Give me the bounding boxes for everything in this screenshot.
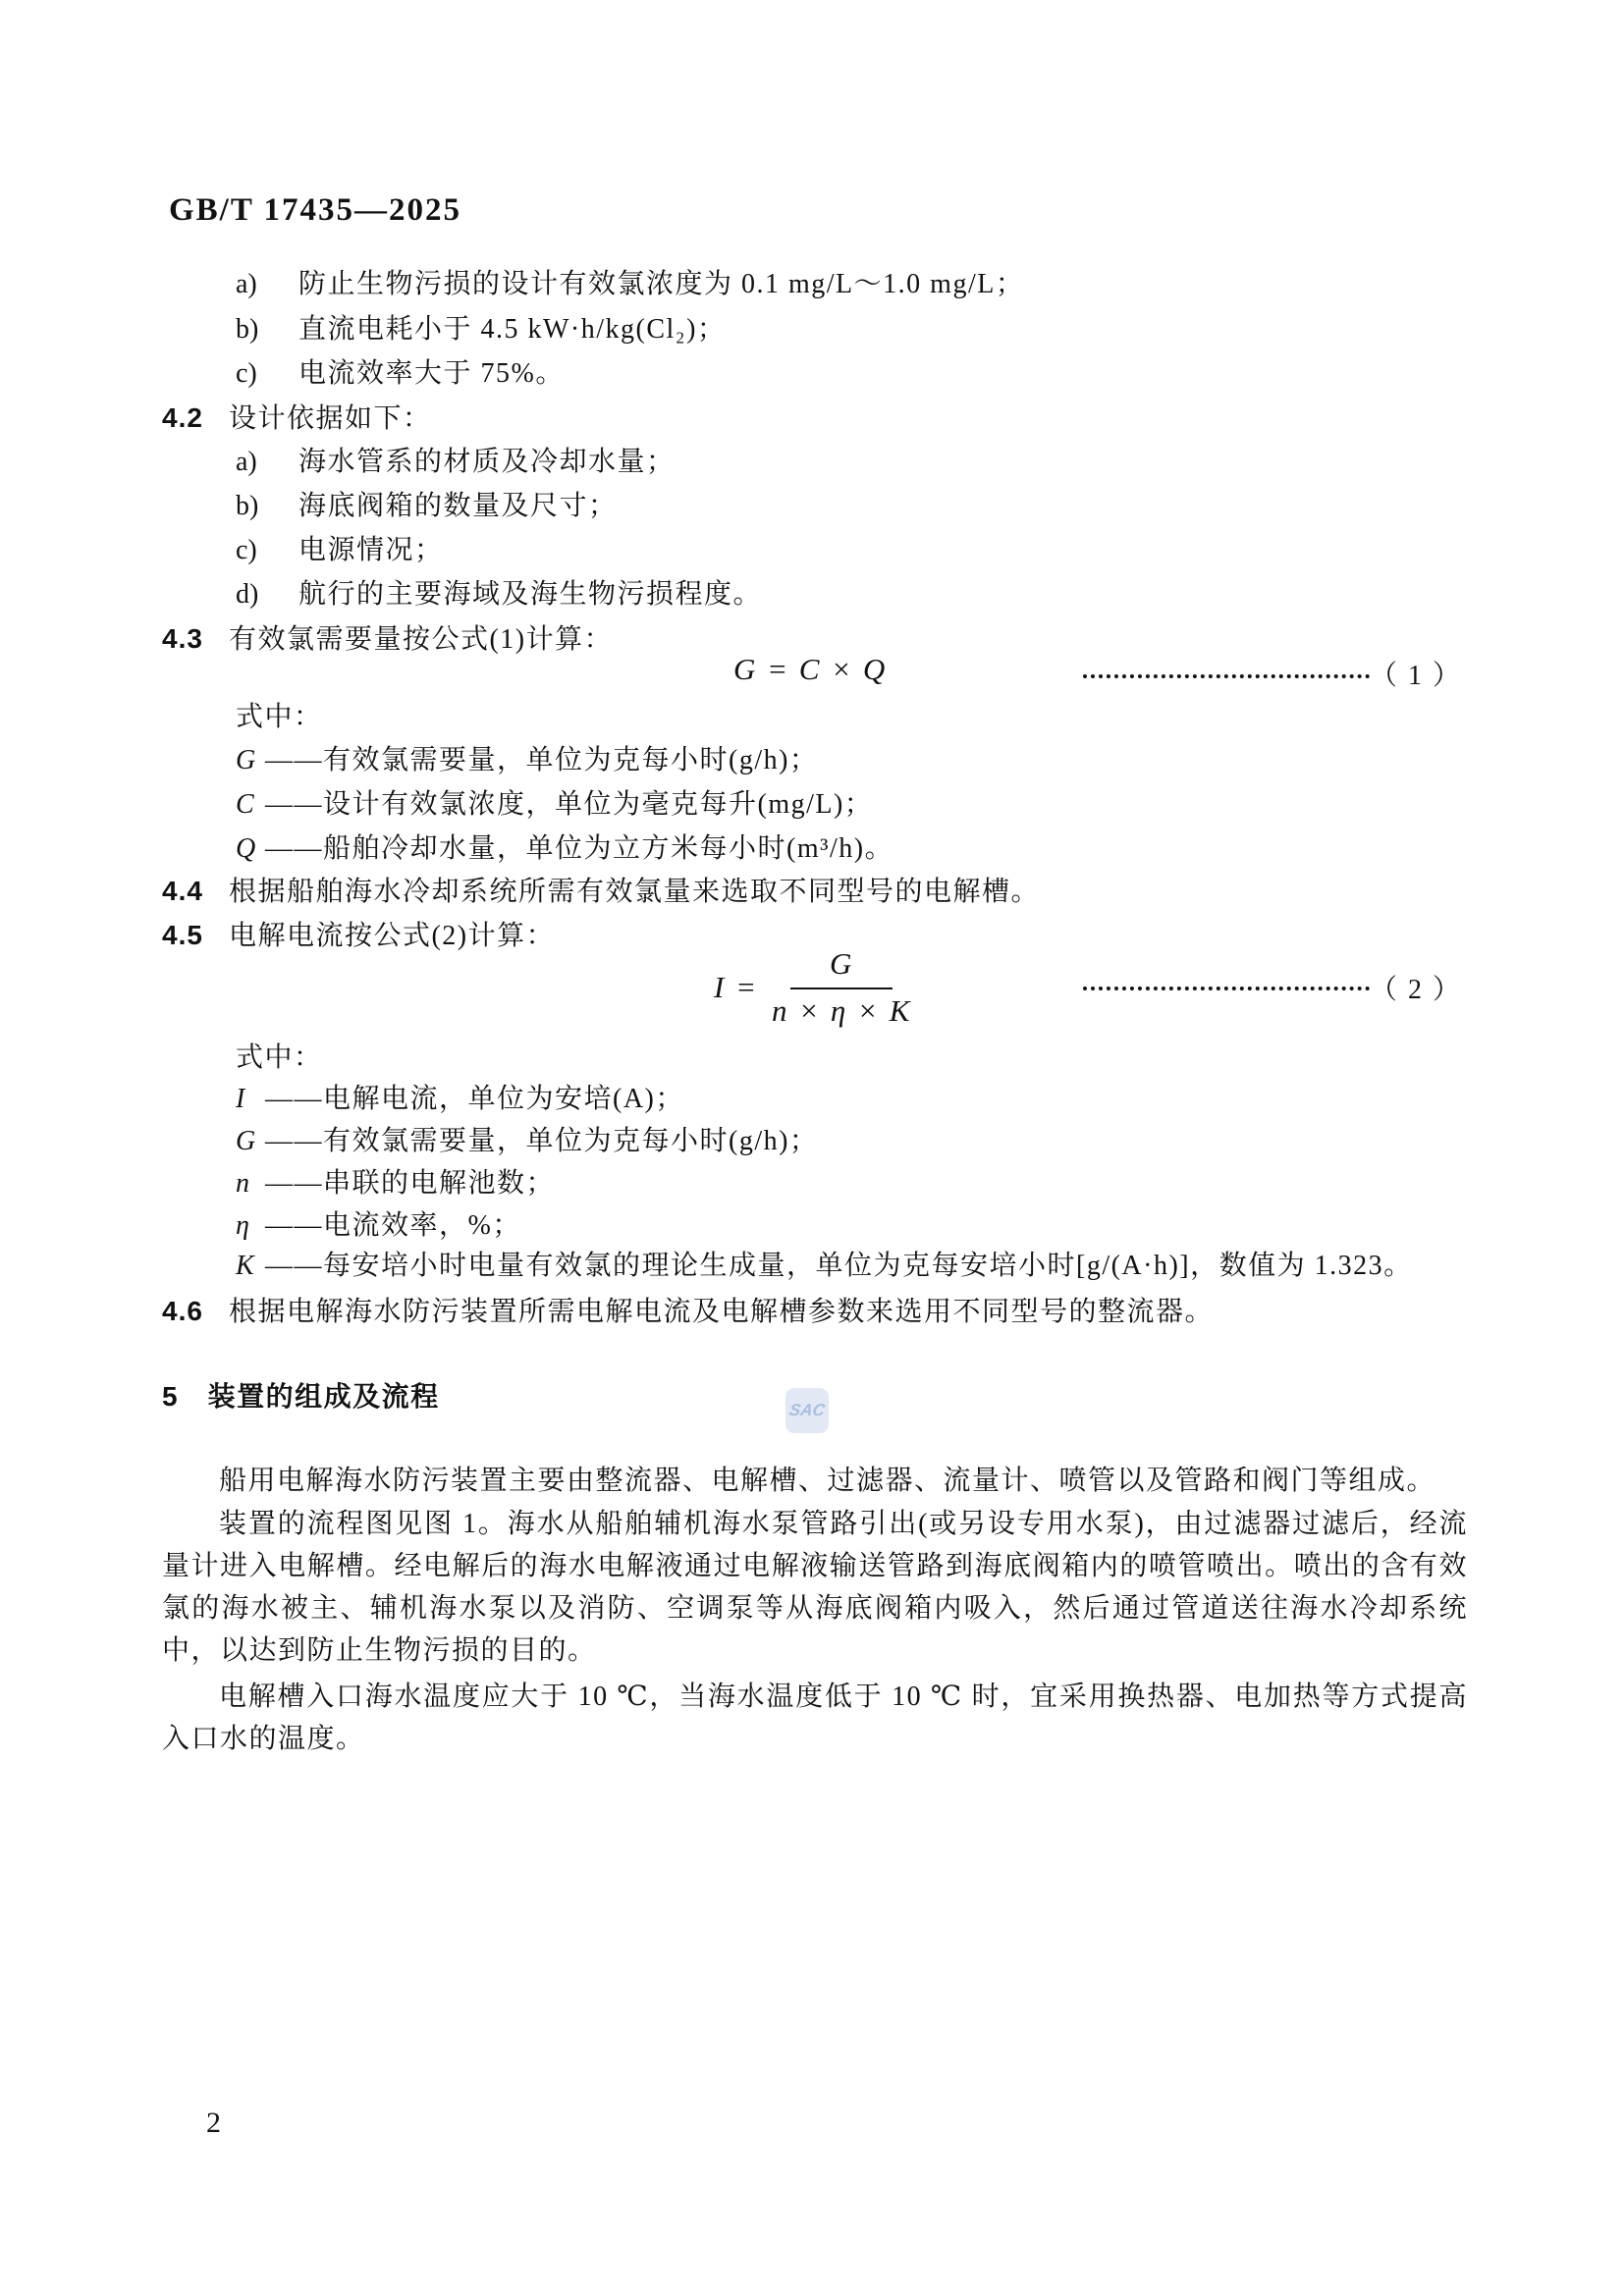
- list-item-label: b): [236, 489, 298, 524]
- clause-4-2: 4.2设计依据如下：: [162, 400, 431, 437]
- formula-1: G = C × Q （ 1 ）: [0, 652, 1624, 697]
- fraction-denominator: n × η × K: [772, 989, 911, 1029]
- term-line: G——有效氯需要量，单位为克每小时(g/h)；: [236, 1124, 818, 1159]
- term-symbol: Q: [236, 831, 265, 867]
- list-item-label: c): [236, 356, 298, 392]
- clause-text: 根据船舶海水冷却系统所需有效氯量来选取不同型号的电解槽。: [229, 877, 1040, 907]
- term-symbol: G: [236, 743, 265, 778]
- term-text: ——有效氯需要量，单位为克每小时(g/h)；: [265, 1126, 818, 1156]
- term-symbol: η: [236, 1208, 265, 1244]
- list-item-label: b): [236, 312, 298, 347]
- list-item-text: 防止生物污损的设计有效氯浓度为 0.1 mg/L～1.0 mg/L；: [298, 269, 1024, 299]
- list-item: d)航行的主要海域及海生物污损程度。: [236, 577, 762, 613]
- clause-number: 4.4: [162, 874, 203, 909]
- formula-2-expression: I = G n × η × K: [714, 942, 911, 1033]
- term-text: ——电解电流，单位为安培(A)；: [265, 1084, 684, 1114]
- fraction: G n × η × K: [772, 946, 911, 1029]
- list-item-text: 航行的主要海域及海生物污损程度。: [298, 579, 762, 610]
- term-symbol: n: [236, 1166, 265, 1201]
- term-symbol: C: [236, 787, 265, 823]
- list-item-text: 海水管系的材质及冷却水量；: [298, 447, 676, 477]
- term-symbol: K: [236, 1249, 265, 1284]
- term-line: G——有效氯需要量，单位为克每小时(g/h)；: [236, 743, 818, 778]
- formula-2: I = G n × η × K （ 2 ）: [0, 942, 1624, 1035]
- clause-4-6: 4.6根据电解海水防污装置所需电解电流及电解槽参数来选用不同型号的整流器。: [162, 1294, 1214, 1330]
- term-line: Q——船舶冷却水量，单位为立方米每小时(m³/h)。: [236, 831, 893, 867]
- list-item: b)直流电耗小于 4.5 kW·h/kg(Cl₂)；: [236, 312, 726, 347]
- list-item-label: d): [236, 577, 298, 613]
- paragraph: 装置的流程图见图 1。海水从船舶辅机海水泵管路引出(或另设专用水泵)，由过滤器过…: [162, 1503, 1468, 1672]
- clause-number: 4.6: [162, 1294, 203, 1329]
- fraction-numerator: G: [790, 946, 893, 989]
- paragraph: 船用电解海水防污装置主要由整流器、电解槽、过滤器、流量计、喷管以及管路和阀门等组…: [162, 1460, 1468, 1502]
- term-symbol: I: [236, 1082, 265, 1117]
- where-label: 式中：: [236, 700, 323, 735]
- list-item-text: 电源情况；: [298, 535, 444, 565]
- list-item-label: c): [236, 533, 298, 568]
- list-item: c)电源情况；: [236, 533, 444, 568]
- list-item-label: a): [236, 445, 298, 480]
- term-line: n——串联的电解池数；: [236, 1166, 555, 1201]
- term-symbol: G: [236, 1124, 265, 1159]
- formula-1-number: （ 1 ）: [1370, 654, 1462, 693]
- section-number: 5: [162, 1379, 179, 1415]
- sac-watermark-logo: SAC: [785, 1388, 829, 1433]
- list-item: a)防止生物污损的设计有效氯浓度为 0.1 mg/L～1.0 mg/L；: [236, 267, 1024, 302]
- formula-1-expression: G = C × Q: [733, 652, 887, 687]
- document-page: GB/T 17435—2025 a)防止生物污损的设计有效氯浓度为 0.1 mg…: [0, 0, 1624, 2296]
- list-item-label: a): [236, 267, 298, 302]
- term-line: K——每安培小时电量有效氯的理论生成量，单位为克每安培小时[g/(A·h)]，数…: [236, 1249, 1413, 1284]
- sac-watermark-text: SAC: [787, 1401, 826, 1420]
- clause-text: 设计依据如下：: [229, 403, 432, 434]
- section-5-heading: 5装置的组成及流程: [162, 1379, 440, 1415]
- term-text: ——电流效率，%；: [265, 1210, 521, 1241]
- term-line: C——设计有效氯浓度，单位为毫克每升(mg/L)；: [236, 787, 873, 823]
- list-item: a)海水管系的材质及冷却水量；: [236, 445, 676, 480]
- term-line: η——电流效率，%；: [236, 1208, 521, 1244]
- clause-text: 根据电解海水防污装置所需电解电流及电解槽参数来选用不同型号的整流器。: [229, 1297, 1214, 1327]
- dot-leader: [1083, 674, 1370, 678]
- term-line: I——电解电流，单位为安培(A)；: [236, 1082, 684, 1117]
- dot-leader: [1083, 987, 1370, 990]
- list-item-text: 直流电耗小于 4.5 kW·h/kg(Cl₂)；: [298, 314, 726, 345]
- section-title: 装置的组成及流程: [208, 1381, 440, 1412]
- formula-2-lhs: I =: [714, 970, 758, 1005]
- page-number: 2: [206, 2107, 221, 2140]
- list-item: b)海底阀箱的数量及尺寸；: [236, 489, 618, 524]
- term-text: ——有效氯需要量，单位为克每小时(g/h)；: [265, 745, 818, 775]
- list-item-text: 电流效率大于 75%。: [298, 358, 565, 389]
- clause-number: 4.2: [162, 400, 203, 436]
- clause-4-4: 4.4根据船舶海水冷却系统所需有效氯量来选取不同型号的电解槽。: [162, 874, 1040, 910]
- where-label: 式中：: [236, 1041, 323, 1076]
- paragraph: 电解槽入口海水温度应大于 10 ℃，当海水温度低于 10 ℃ 时，宜采用换热器、…: [162, 1676, 1468, 1760]
- list-item-text: 海底阀箱的数量及尺寸；: [298, 491, 618, 521]
- term-text: ——设计有效氯浓度，单位为毫克每升(mg/L)；: [265, 789, 873, 820]
- term-text: ——每安培小时电量有效氯的理论生成量，单位为克每安培小时[g/(A·h)]，数值…: [265, 1251, 1413, 1281]
- list-item: c)电流效率大于 75%。: [236, 356, 565, 392]
- formula-2-number: （ 2 ）: [1370, 968, 1462, 1007]
- standard-number: GB/T 17435—2025: [169, 192, 461, 229]
- term-text: ——串联的电解池数；: [265, 1168, 555, 1199]
- clause-text: 有效氯需要量按公式(1)计算：: [229, 624, 613, 655]
- term-text: ——船舶冷却水量，单位为立方米每小时(m³/h)。: [265, 833, 893, 864]
